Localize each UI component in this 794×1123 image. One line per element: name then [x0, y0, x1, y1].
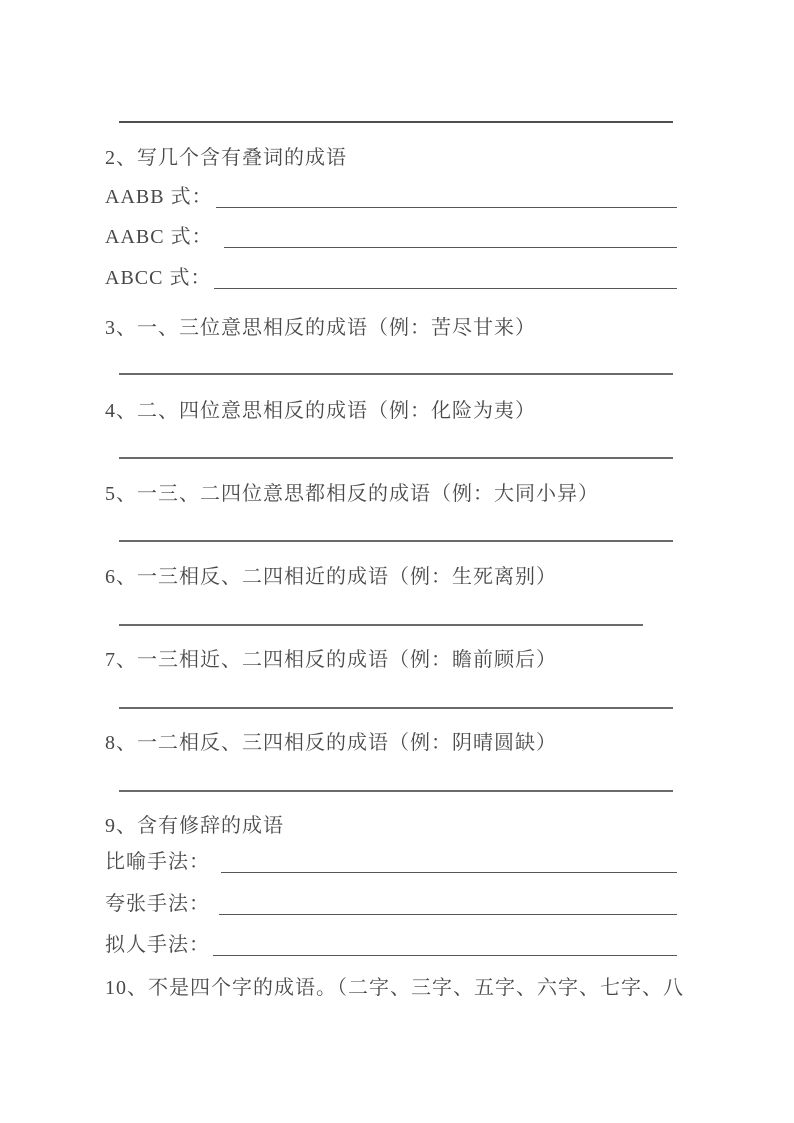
- question-6-text: 6、一三相反、二四相近的成语（例：生死离别）: [105, 564, 557, 590]
- answer-line-q3: [119, 373, 673, 375]
- blank-answer-line: [224, 247, 677, 248]
- question-8-text: 8、一二相反、三四相反的成语（例：阴晴圆缺）: [105, 730, 557, 756]
- field-row-metaphor: 比喻手法：: [105, 849, 677, 875]
- field-label-abcc: ABCC 式：: [105, 265, 211, 291]
- blank-answer-line: [221, 872, 677, 873]
- answer-line-q4: [119, 457, 673, 459]
- question-10-text: 10、不是四个字的成语。（二字、三字、五字、六字、七字、八: [105, 975, 684, 1001]
- field-row-hyperbole: 夸张手法：: [105, 891, 677, 917]
- field-label-aabb: AABB 式：: [105, 184, 213, 210]
- answer-line-q7: [119, 707, 673, 709]
- question-9-heading: 9、含有修辞的成语: [105, 813, 284, 839]
- blank-answer-line: [216, 207, 677, 208]
- question-5-text: 5、一三、二四位意思都相反的成语（例：大同小异）: [105, 481, 599, 507]
- answer-line-q6: [119, 624, 643, 626]
- field-row-personification: 拟人手法：: [105, 932, 677, 958]
- field-label-hyperbole: 夸张手法：: [105, 891, 210, 917]
- answer-line-q5: [119, 540, 673, 542]
- question-7-text: 7、一三相近、二四相反的成语（例：瞻前顾后）: [105, 647, 557, 673]
- question-3-text: 3、一、三位意思相反的成语（例：苦尽甘来）: [105, 315, 536, 341]
- field-label-metaphor: 比喻手法：: [105, 849, 210, 875]
- answer-line-q8: [119, 790, 673, 792]
- question-2-heading: 2、写几个含有叠词的成语: [105, 145, 347, 171]
- blank-answer-line: [214, 288, 677, 289]
- field-row-abcc: ABCC 式：: [105, 265, 677, 291]
- field-row-aabc: AABC 式：: [105, 224, 677, 250]
- top-divider-line: [119, 121, 673, 123]
- worksheet-page: 2、写几个含有叠词的成语 AABB 式： AABC 式： ABCC 式： 3、一…: [0, 0, 794, 1123]
- blank-answer-line: [219, 914, 677, 915]
- field-label-personification: 拟人手法：: [105, 932, 210, 958]
- field-label-aabc: AABC 式：: [105, 224, 213, 250]
- blank-answer-line: [213, 955, 677, 956]
- question-4-text: 4、二、四位意思相反的成语（例：化险为夷）: [105, 398, 536, 424]
- field-row-aabb: AABB 式：: [105, 184, 677, 210]
